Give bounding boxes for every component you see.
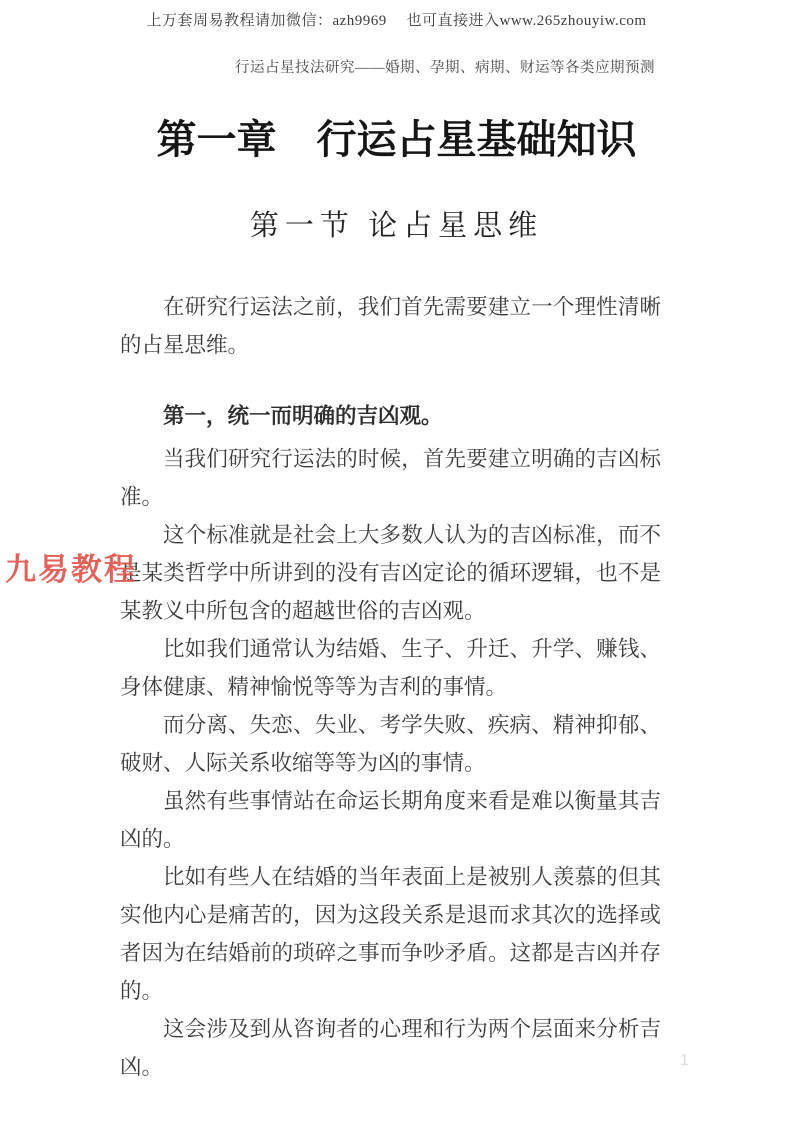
watermark: 九易教程 [5, 544, 137, 589]
paragraph: 在研究行运法之前，我们首先需要建立一个理性清晰的占星思维。 [120, 288, 661, 364]
document-page: 上万套周易教程请加微信：azh9969 也可直接进入www.265zhouyiw… [0, 0, 793, 1123]
paragraph: 比如我们通常认为结婚、生子、升迁、升学、赚钱、身体健康、精神愉悦等等为吉利的事情… [120, 630, 661, 706]
paragraph: 而分离、失恋、失业、考学失败、疾病、精神抑郁、破财、人际关系收缩等等为凶的事情。 [120, 706, 661, 782]
promo-header: 上万套周易教程请加微信：azh9969 也可直接进入www.265zhouyiw… [0, 9, 793, 30]
paragraph: 虽然有些事情站在命运长期角度来看是难以衡量其吉凶的。 [120, 782, 661, 858]
chapter-title: 第一章 行运占星基础知识 [0, 108, 793, 165]
running-header: 行运占星技法研究——婚期、孕期、病期、财运等各类应期预测 [235, 56, 655, 77]
section-title: 第一节 论占星思维 [0, 203, 793, 244]
paragraph: 这个标准就是社会上大多数人认为的吉凶标准，而不是某类哲学中所讲到的没有吉凶定论的… [120, 516, 661, 630]
paragraph: 当我们研究行运法的时候，首先要建立明确的吉凶标准。 [120, 440, 661, 516]
page-number: 1 [680, 1052, 689, 1070]
body-text: 在研究行运法之前，我们首先需要建立一个理性清晰的占星思维。 第一，统一而明确的吉… [120, 288, 661, 1086]
bold-subheading: 第一，统一而明确的吉凶观。 [120, 397, 661, 435]
paragraph: 比如有些人在结婚的当年表面上是被别人羡慕的但其实他内心是痛苦的，因为这段关系是退… [120, 858, 661, 1010]
paragraph: 这会涉及到从咨询者的心理和行为两个层面来分析吉凶。 [120, 1010, 661, 1086]
